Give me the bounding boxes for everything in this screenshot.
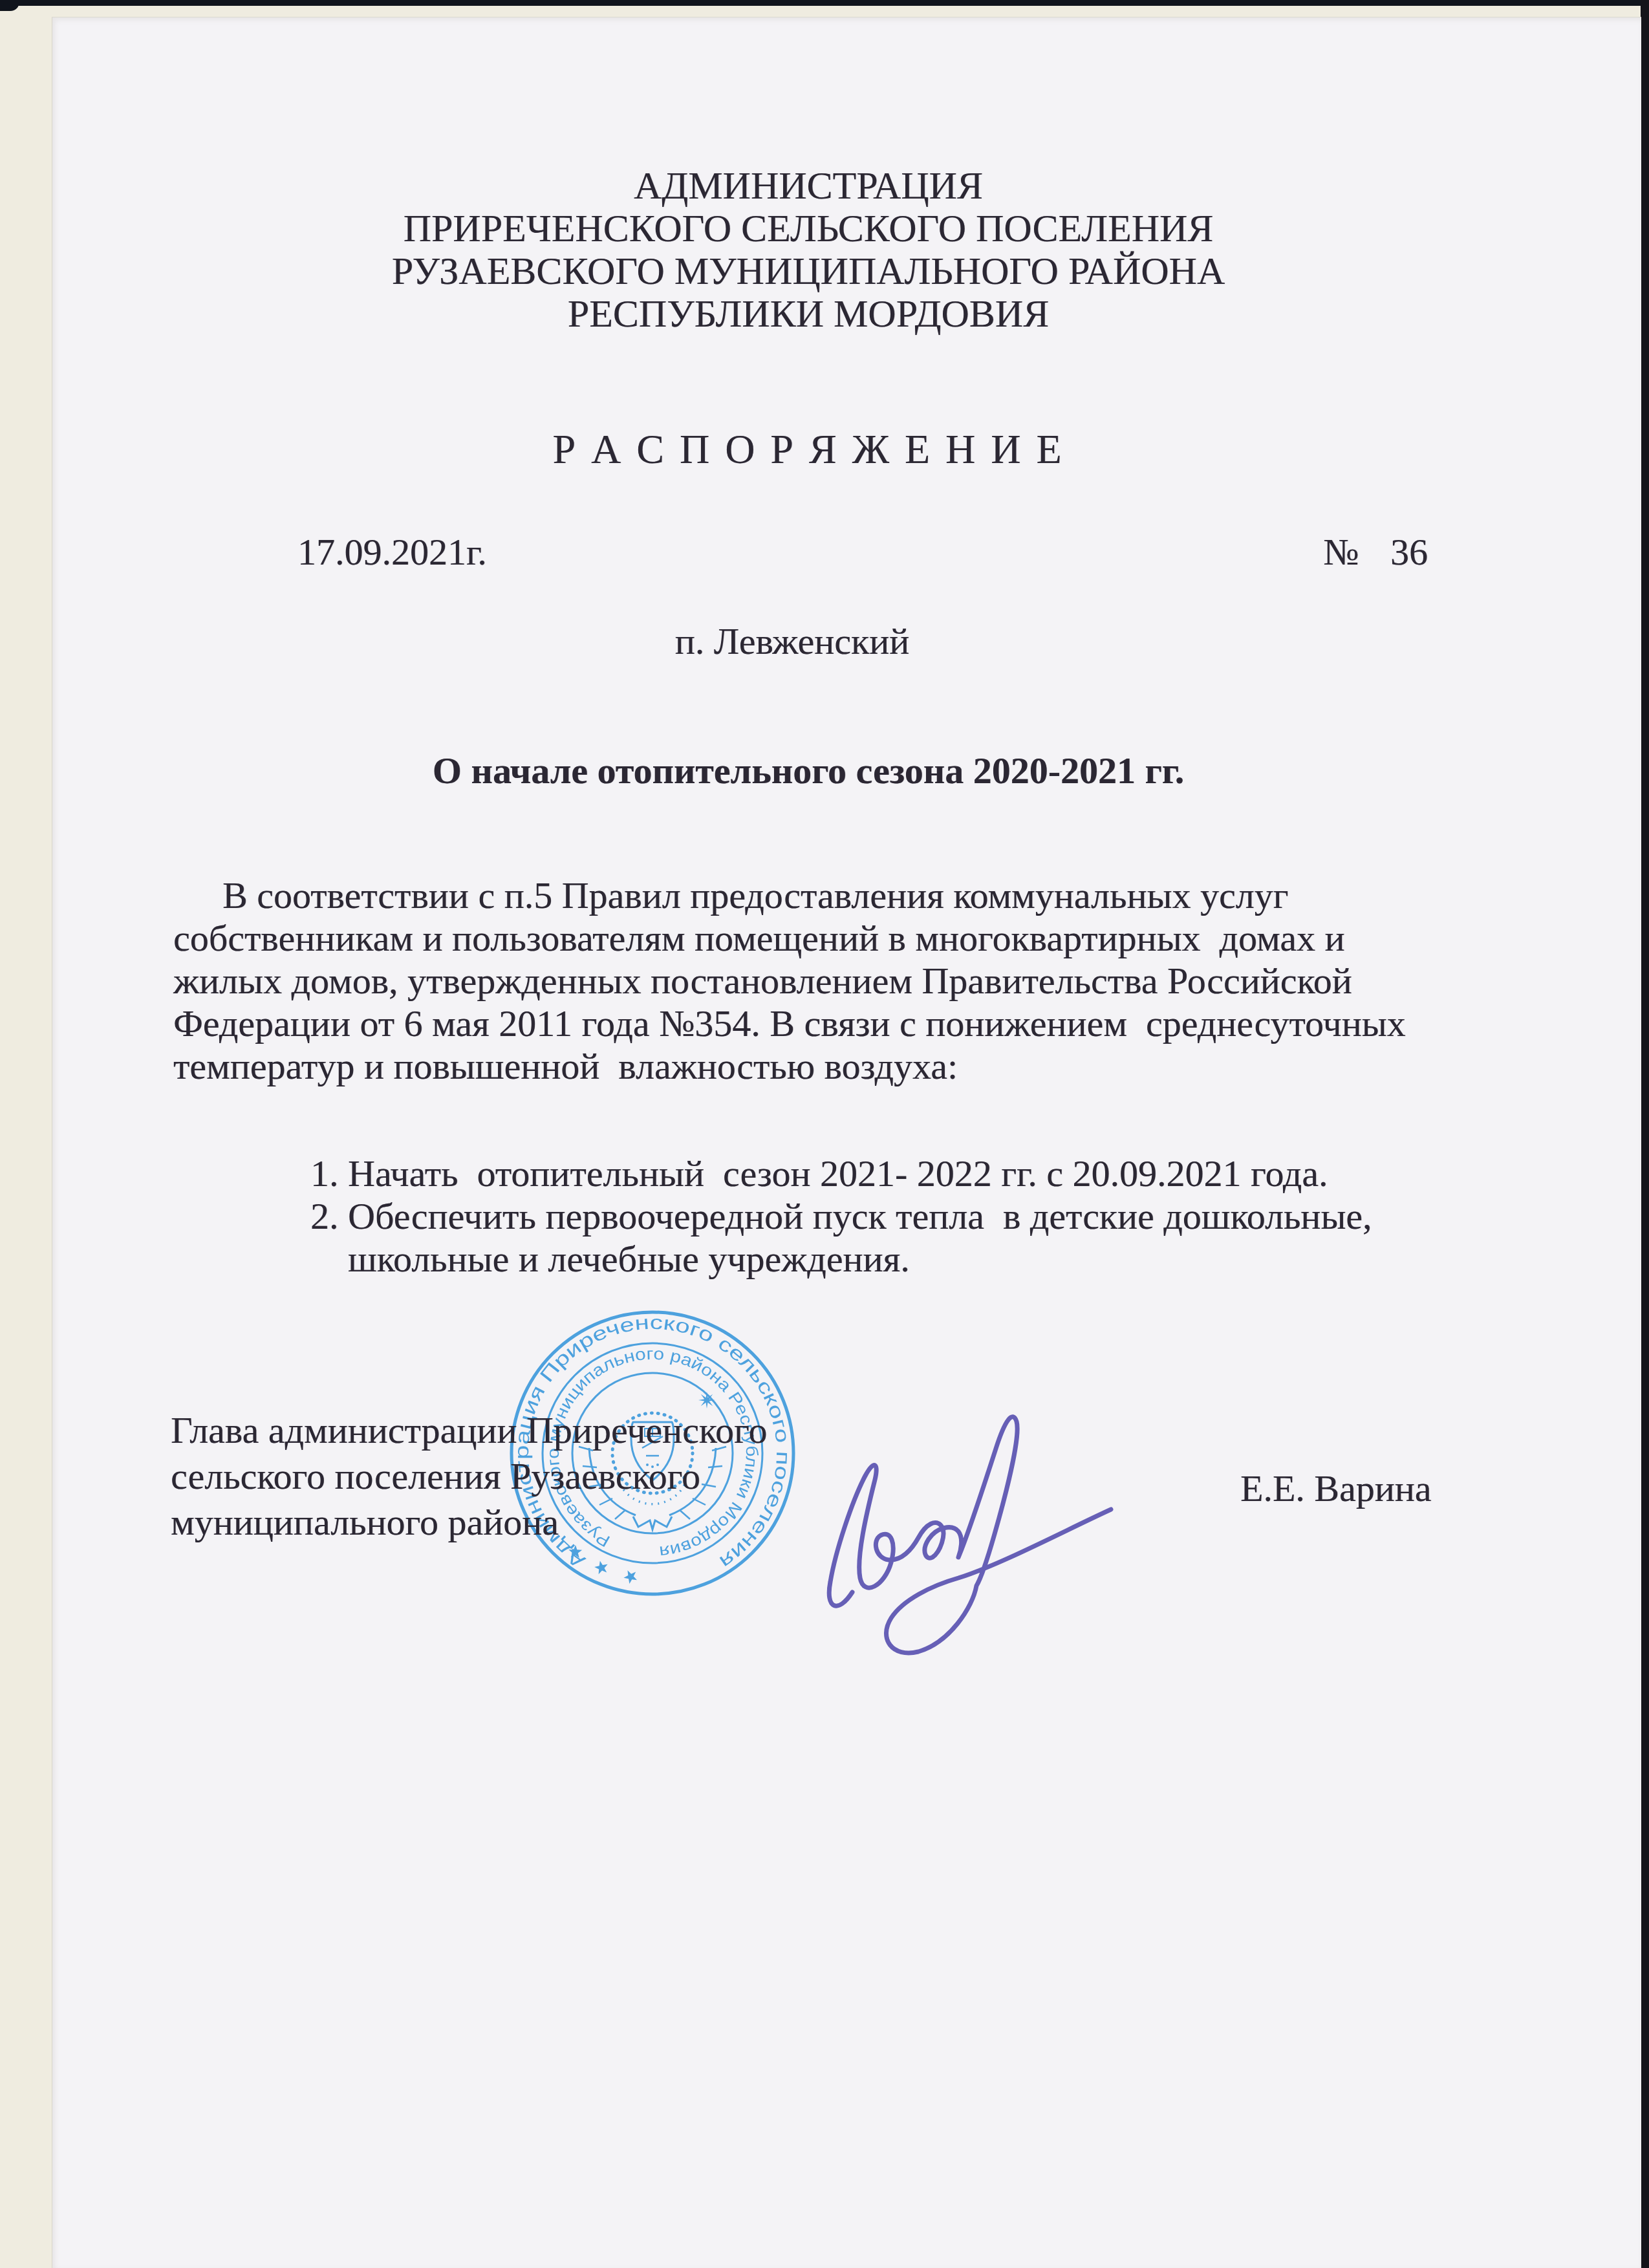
handwritten-signature [802,1384,1138,1669]
doc-type-title: Р А С П О Р Я Ж Е Н И Е [97,427,1520,472]
star-icon [592,1560,610,1577]
doc-number: 36 [1390,530,1428,574]
list-item-text: Обеспечить первоочередной пуск тепла в д… [348,1195,1372,1237]
body-line: Федерации от 6 мая 2011 года №354. В свя… [173,1002,1570,1045]
list-item-2: 2.Обеспечить первоочередной пуск тепла в… [310,1195,1539,1238]
list-item-text: Начать отопительный сезон 2021- 2022 гг.… [348,1152,1328,1194]
body-paragraph: В соответствии с п.5 Правил предоставлен… [173,874,1570,1088]
list-item-number: 1. [310,1152,348,1195]
document-page [52,17,1641,2268]
scanned-document: АДМИНИСТРАЦИЯ ПРИРЕЧЕНСКОГО СЕЛЬСКОГО ПО… [0,0,1649,2268]
doc-date: 17.09.2021г. [297,530,487,574]
scanner-top-edge [0,0,1649,6]
signature-stroke [829,1417,1111,1653]
body-line: собственникам и пользователям помещений … [173,917,1570,960]
scanner-right-edge [1641,0,1649,2268]
list-item-text: школьные и лечебные учреждения. [348,1238,910,1280]
star-icon [623,1570,638,1585]
letterhead-line: РУЗАЕВСКОГО МУНИЦИПАЛЬНОГО РАЙОНА [97,250,1520,292]
place-line: п. Левженский [97,620,1487,663]
body-line: жилых домов, утвержденных постановлением… [173,960,1570,1002]
date-number-line: 17.09.2021г. № 36 [0,530,1649,582]
letterhead: АДМИНИСТРАЦИЯ ПРИРЕЧЕНСКОГО СЕЛЬСКОГО ПО… [97,164,1520,335]
letterhead-line: АДМИНИСТРАЦИЯ [97,164,1520,207]
list-item-number: 2. [310,1195,348,1238]
numbered-list: 1.Начать отопительный сезон 2021- 2022 г… [310,1152,1539,1280]
doc-number-sign: № [1323,530,1359,574]
signee-name: Е.Е. Варина [1240,1467,1432,1510]
body-line: В соответствии с п.5 Правил предоставлен… [173,874,1570,917]
letterhead-line: ПРИРЕЧЕНСКОГО СЕЛЬСКОГО ПОСЕЛЕНИЯ [97,207,1520,250]
stamp-rosette-icon [698,1392,715,1409]
subject-line: О начале отопительного сезона 2020-2021 … [97,749,1520,792]
scanner-corner-shadow [0,0,19,11]
letterhead-line: РЕСПУБЛИКИ МОРДОВИЯ [97,292,1520,335]
list-item-1: 1.Начать отопительный сезон 2021- 2022 г… [310,1152,1539,1195]
body-line: температур и повышенной влажностью возду… [173,1045,1570,1088]
list-item-2-continued: школьные и лечебные учреждения. [310,1238,1539,1280]
